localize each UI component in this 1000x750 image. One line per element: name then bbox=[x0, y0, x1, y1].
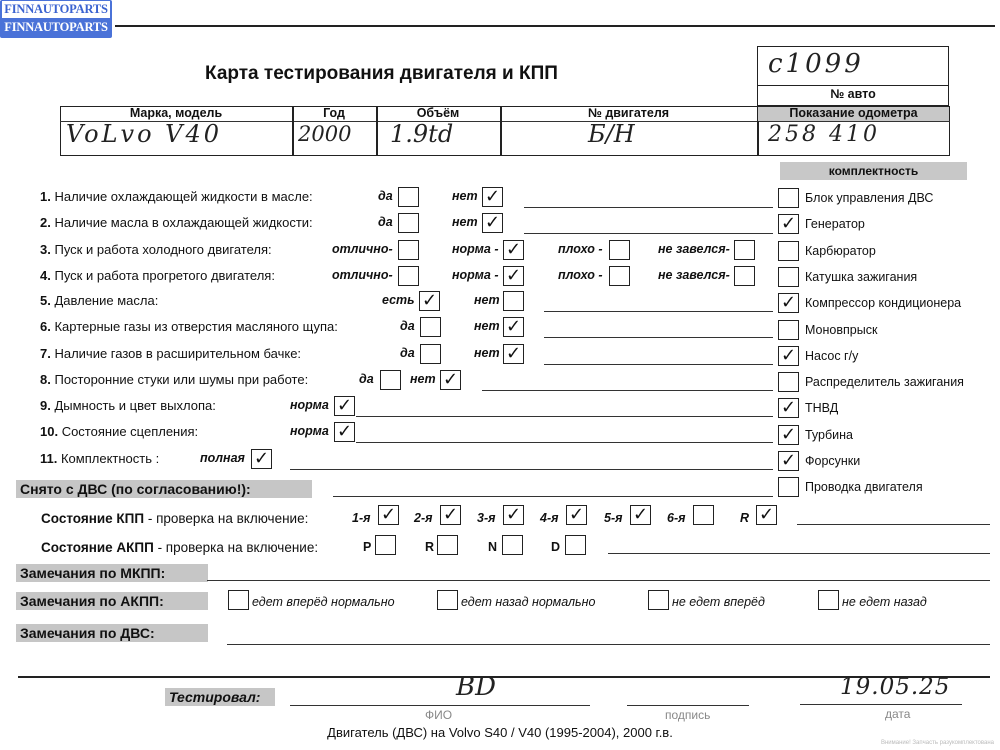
option-label: да bbox=[378, 215, 393, 229]
option-label: не завелся- bbox=[658, 268, 730, 282]
akpp-remark-checkbox[interactable] bbox=[648, 590, 669, 610]
option-checkbox[interactable]: ✓ bbox=[334, 396, 355, 416]
question-note-line[interactable] bbox=[356, 442, 773, 443]
akpp-remark-label: едет назад нормально bbox=[461, 595, 595, 609]
kit-checkbox[interactable]: ✓ bbox=[778, 214, 799, 234]
option-label: нет bbox=[452, 215, 478, 229]
kit-item-label: Блок управления ДВС bbox=[805, 191, 933, 205]
option-checkbox[interactable] bbox=[609, 240, 630, 260]
gear-label: 4-я bbox=[540, 511, 558, 525]
question-text: Пуск и работа холодного двигателя: bbox=[54, 242, 271, 257]
kit-checkbox[interactable] bbox=[778, 372, 799, 392]
value-model: VoLvo V40 bbox=[66, 120, 222, 148]
option-label: норма bbox=[290, 424, 329, 438]
gear-checkbox[interactable]: ✓ bbox=[440, 505, 461, 525]
option-checkbox[interactable] bbox=[398, 187, 419, 207]
col-header-volume: Объём bbox=[376, 106, 500, 120]
kit-checkbox[interactable] bbox=[778, 241, 799, 261]
tested-by-name-value: BD bbox=[456, 672, 496, 702]
option-label: норма - bbox=[452, 268, 499, 282]
gear-label: 1-я bbox=[352, 511, 370, 525]
akpp-remark-label: не едет назад bbox=[842, 595, 927, 609]
gear-label: D bbox=[551, 540, 560, 554]
kit-checkbox[interactable]: ✓ bbox=[778, 346, 799, 366]
remarks-mkpp-line[interactable] bbox=[207, 580, 990, 581]
remarks-mkpp-label: Замечания по МКПП: bbox=[16, 564, 208, 582]
gear-label: 5-я bbox=[604, 511, 622, 525]
manual-gearbox-line[interactable] bbox=[797, 524, 990, 525]
removed-section-label: Снято с ДВС (по согласованию!): bbox=[16, 480, 312, 498]
question-note-line[interactable] bbox=[544, 364, 773, 365]
name-caption: ФИО bbox=[425, 708, 452, 722]
question-number: 2. bbox=[40, 215, 54, 230]
option-checkbox[interactable]: ✓ bbox=[482, 187, 503, 207]
kit-item-label: Карбюратор bbox=[805, 244, 876, 258]
question-number: 5. bbox=[40, 293, 54, 308]
akpp-remark-label: едет вперёд нормально bbox=[252, 595, 395, 609]
question-note-line[interactable] bbox=[482, 390, 773, 391]
question-2: 2. Наличие масла в охлаждающей жидкости: bbox=[40, 215, 313, 230]
question-8: 8. Посторонние стуки или шумы при работе… bbox=[40, 372, 308, 387]
kit-header: комплектность bbox=[780, 162, 967, 180]
finnautoparts-logo: FINNAUTOPARTS FINNAUTOPARTS bbox=[0, 0, 112, 38]
question-text: Посторонние стуки или шумы при работе: bbox=[54, 372, 308, 387]
question-number: 4. bbox=[40, 268, 54, 283]
date-line[interactable] bbox=[800, 704, 962, 705]
removed-line[interactable] bbox=[333, 496, 773, 497]
gear-checkbox[interactable] bbox=[437, 535, 458, 555]
gear-label: P bbox=[363, 540, 371, 554]
tested-by-label: Тестировал: bbox=[165, 688, 275, 706]
kit-checkbox[interactable]: ✓ bbox=[778, 293, 799, 313]
value-volume: 1.9td bbox=[390, 120, 453, 148]
col-header-model: Марка, модель bbox=[60, 106, 292, 120]
option-checkbox[interactable]: ✓ bbox=[503, 240, 524, 260]
option-checkbox[interactable]: ✓ bbox=[440, 370, 461, 390]
question-11: 11. Комплектность : bbox=[40, 451, 159, 466]
option-checkbox[interactable] bbox=[734, 266, 755, 286]
question-10: 10. Состояние сцепления: bbox=[40, 424, 198, 439]
manual-gearbox-label: Состояние КПП - проверка на включение: bbox=[41, 511, 308, 526]
option-label: да bbox=[400, 346, 415, 360]
name-line[interactable] bbox=[290, 705, 590, 706]
question-number: 3. bbox=[40, 242, 54, 257]
kit-item-label: Катушка зажигания bbox=[805, 270, 917, 284]
option-checkbox[interactable] bbox=[398, 266, 419, 286]
question-text: Комплектность : bbox=[61, 451, 159, 466]
option-checkbox[interactable] bbox=[398, 213, 419, 233]
kit-checkbox[interactable]: ✓ bbox=[778, 398, 799, 418]
gear-checkbox[interactable]: ✓ bbox=[630, 505, 651, 525]
car-number-label: № авто bbox=[758, 87, 948, 101]
question-6: 6. Картерные газы из отверстия масляного… bbox=[40, 319, 338, 334]
akpp-remark-checkbox[interactable] bbox=[818, 590, 839, 610]
kit-item-label: Проводка двигателя bbox=[805, 480, 923, 494]
kit-header-label: комплектность bbox=[780, 162, 967, 180]
manual-gearbox-label-bold: Состояние КПП bbox=[41, 511, 144, 526]
kit-checkbox[interactable] bbox=[778, 188, 799, 208]
akpp-remark-checkbox[interactable] bbox=[437, 590, 458, 610]
option-label: нет bbox=[474, 293, 500, 307]
col-header-year: Год bbox=[292, 106, 376, 120]
option-checkbox[interactable]: ✓ bbox=[503, 317, 524, 337]
question-number: 6. bbox=[40, 319, 54, 334]
logo-line-2: FINNAUTOPARTS bbox=[2, 19, 110, 36]
gear-checkbox[interactable]: ✓ bbox=[566, 505, 587, 525]
car-number-label-cell: № авто bbox=[757, 85, 949, 106]
kit-checkbox[interactable] bbox=[778, 320, 799, 340]
value-engine-no: Б/Н bbox=[588, 120, 635, 148]
option-label: отлично- bbox=[332, 268, 393, 282]
gear-label: 6-я bbox=[667, 511, 685, 525]
question-note-line[interactable] bbox=[290, 469, 773, 470]
auto-gearbox-label: Состояние АКПП - проверка на включение: bbox=[41, 540, 318, 555]
sign-line[interactable] bbox=[627, 705, 749, 706]
gear-label: N bbox=[488, 540, 497, 554]
question-text: Наличие охлаждающей жидкости в масле: bbox=[54, 189, 312, 204]
value-odometer: 258 410 bbox=[768, 122, 880, 147]
option-label: не завелся- bbox=[658, 242, 730, 256]
col-header-engine-no: № двигателя bbox=[500, 106, 757, 120]
question-note-line[interactable] bbox=[544, 311, 773, 312]
date-value: 19.05.25 bbox=[840, 674, 950, 700]
question-number: 11. bbox=[40, 451, 61, 466]
kit-item-label: Компрессор кондиционера bbox=[805, 296, 961, 310]
kit-item-label: Форсунки bbox=[805, 454, 860, 468]
question-text: Давление масла: bbox=[54, 293, 158, 308]
option-label: полная bbox=[200, 451, 245, 465]
option-checkbox[interactable] bbox=[420, 317, 441, 337]
question-number: 10. bbox=[40, 424, 62, 439]
question-4: 4. Пуск и работа прогретого двигателя: bbox=[40, 268, 275, 283]
form-title: Карта тестирования двигателя и КПП bbox=[205, 63, 558, 85]
option-checkbox[interactable]: ✓ bbox=[503, 344, 524, 364]
option-label: нет bbox=[452, 189, 478, 203]
question-text: Картерные газы из отверстия масляного щу… bbox=[54, 319, 337, 334]
image-caption: Двигатель (ДВС) на Volvo S40 / V40 (1995… bbox=[0, 725, 1000, 740]
gear-checkbox[interactable] bbox=[375, 535, 396, 555]
auto-gearbox-line[interactable] bbox=[608, 553, 990, 554]
kit-item-label: ТНВД bbox=[805, 401, 838, 415]
option-checkbox[interactable]: ✓ bbox=[503, 266, 524, 286]
auto-gearbox-label-rest: - проверка на включение: bbox=[154, 540, 318, 555]
question-text: Состояние сцепления: bbox=[62, 424, 198, 439]
top-rule bbox=[115, 25, 995, 27]
kit-item-label: Распределитель зажигания bbox=[805, 375, 964, 389]
option-checkbox[interactable] bbox=[503, 291, 524, 311]
gear-checkbox[interactable] bbox=[565, 535, 586, 555]
gear-checkbox[interactable] bbox=[502, 535, 523, 555]
option-label: да bbox=[378, 189, 393, 203]
gear-label: 2-я bbox=[414, 511, 432, 525]
option-checkbox[interactable] bbox=[420, 344, 441, 364]
question-note-line[interactable] bbox=[356, 416, 773, 417]
remarks-akpp-label: Замечания по АКПП: bbox=[16, 592, 208, 610]
question-text: Наличие масла в охлаждающей жидкости: bbox=[54, 215, 312, 230]
kit-item-label: Насос г/у bbox=[805, 349, 858, 363]
kit-item-label: Моновпрыск bbox=[805, 323, 877, 337]
date-caption: дата bbox=[885, 707, 910, 721]
question-note-line[interactable] bbox=[524, 207, 773, 208]
logo-line-1: FINNAUTOPARTS bbox=[2, 1, 110, 18]
question-number: 1. bbox=[40, 189, 54, 204]
manual-gearbox-label-rest: - проверка на включение: bbox=[144, 511, 308, 526]
gear-checkbox[interactable]: ✓ bbox=[378, 505, 399, 525]
akpp-remark-label: не едет вперёд bbox=[672, 595, 765, 609]
gear-checkbox[interactable]: ✓ bbox=[756, 505, 777, 525]
option-label: отлично- bbox=[332, 242, 393, 256]
question-text: Дымность и цвет выхлопа: bbox=[54, 398, 215, 413]
kit-checkbox[interactable] bbox=[778, 477, 799, 497]
auto-gearbox-label-bold: Состояние АКПП bbox=[41, 540, 154, 555]
option-label: плохо - bbox=[558, 242, 602, 256]
question-9: 9. Дымность и цвет выхлопа: bbox=[40, 398, 216, 413]
option-checkbox[interactable] bbox=[398, 240, 419, 260]
remarks-dvs-line[interactable] bbox=[227, 644, 990, 645]
value-year: 2000 bbox=[298, 122, 351, 146]
option-label: плохо - bbox=[558, 268, 602, 282]
gear-checkbox[interactable] bbox=[693, 505, 714, 525]
option-label: нет bbox=[410, 372, 436, 386]
car-number-value: с1099 bbox=[768, 49, 864, 79]
gear-label: R bbox=[740, 511, 749, 525]
option-label: норма bbox=[290, 398, 329, 412]
kit-item-label: Турбина bbox=[805, 428, 853, 442]
question-text: Наличие газов в расширительном бачке: bbox=[54, 346, 301, 361]
option-label: да bbox=[359, 372, 374, 386]
option-label: норма - bbox=[452, 242, 499, 256]
option-checkbox[interactable]: ✓ bbox=[334, 422, 355, 442]
kit-item-label: Генератор bbox=[805, 217, 865, 231]
kit-checkbox[interactable] bbox=[778, 267, 799, 287]
sign-caption: подпись bbox=[665, 708, 710, 722]
question-text: Пуск и работа прогретого двигателя: bbox=[54, 268, 274, 283]
option-checkbox[interactable] bbox=[734, 240, 755, 260]
gear-checkbox[interactable]: ✓ bbox=[503, 505, 524, 525]
col-header-odometer: Показание одометра bbox=[757, 106, 950, 120]
option-checkbox[interactable] bbox=[380, 370, 401, 390]
remarks-dvs-label: Замечания по ДВС: bbox=[16, 624, 208, 642]
question-note-line[interactable] bbox=[544, 337, 773, 338]
option-label: нет bbox=[474, 346, 500, 360]
question-number: 9. bbox=[40, 398, 54, 413]
question-5: 5. Давление масла: bbox=[40, 293, 158, 308]
option-label: есть bbox=[382, 293, 415, 307]
question-number: 7. bbox=[40, 346, 54, 361]
car-number-box: с1099 bbox=[757, 46, 949, 86]
question-7: 7. Наличие газов в расширительном бачке: bbox=[40, 346, 301, 361]
kit-checkbox[interactable]: ✓ bbox=[778, 451, 799, 471]
option-checkbox[interactable]: ✓ bbox=[419, 291, 440, 311]
option-checkbox[interactable]: ✓ bbox=[482, 213, 503, 233]
option-label: да bbox=[400, 319, 415, 333]
option-checkbox[interactable]: ✓ bbox=[251, 449, 272, 469]
watermark: Внимание! Запчасть разукомплектована bbox=[881, 740, 994, 746]
option-checkbox[interactable] bbox=[609, 266, 630, 286]
question-3: 3. Пуск и работа холодного двигателя: bbox=[40, 242, 272, 257]
kit-checkbox[interactable]: ✓ bbox=[778, 425, 799, 445]
option-label: нет bbox=[474, 319, 500, 333]
gear-label: 3-я bbox=[477, 511, 495, 525]
question-1: 1. Наличие охлаждающей жидкости в масле: bbox=[40, 189, 313, 204]
gear-label: R bbox=[425, 540, 434, 554]
akpp-remark-checkbox[interactable] bbox=[228, 590, 249, 610]
question-number: 8. bbox=[40, 372, 54, 387]
question-note-line[interactable] bbox=[524, 233, 773, 234]
